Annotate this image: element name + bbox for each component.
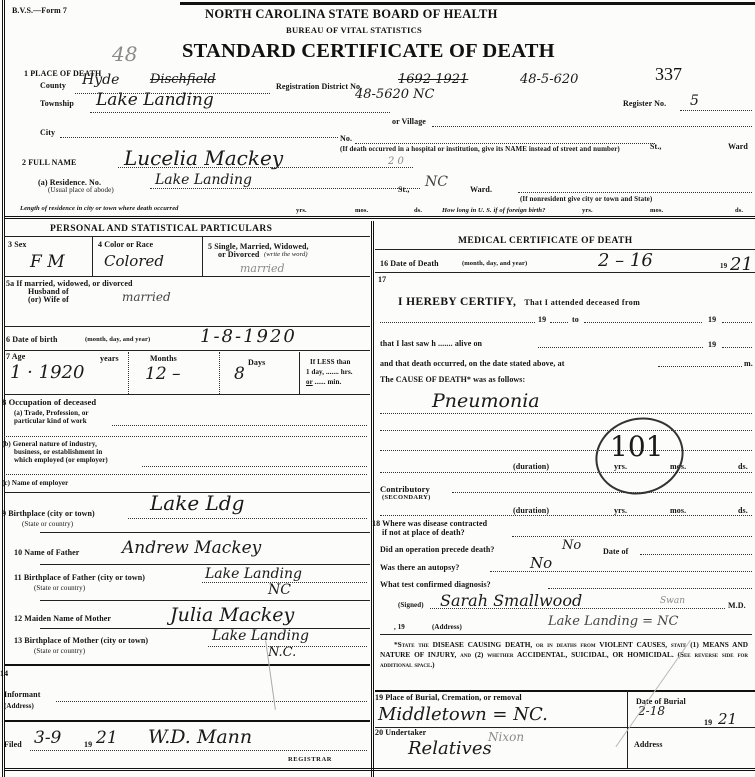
county-value: Hyde — [82, 72, 119, 88]
residence-line — [150, 188, 420, 189]
cause-line-2 — [380, 430, 752, 431]
marital-value: married — [240, 262, 285, 275]
undertaker-line — [375, 727, 755, 728]
dob-hint: (month, day, and year) — [85, 336, 150, 343]
cause-line-1 — [380, 413, 752, 414]
length-yrs: yrs. — [296, 207, 307, 214]
trade-line2 — [4, 436, 367, 437]
registration-district-line2: 48-5620 NC — [355, 87, 434, 102]
marital-label2: or Divorced — [218, 250, 259, 259]
nonresident-line — [518, 192, 752, 193]
length-ds: ds. — [414, 207, 422, 214]
residence-ward-label: Ward. — [470, 185, 492, 194]
father-birthplace-value: Lake Landing — [205, 566, 302, 582]
row-line-14 — [4, 720, 370, 722]
filed-year: 21 — [96, 728, 118, 748]
duration-yrs-2: yrs. — [614, 506, 627, 515]
industry-label2: business, or establishment in — [14, 448, 102, 456]
us-ds: ds. — [735, 207, 743, 214]
less-min-label: or ...... min. — [306, 378, 341, 386]
column-divider — [371, 221, 374, 777]
test-line — [548, 588, 752, 589]
less-than-label: If LESS than — [310, 358, 351, 366]
last-saw-year-line — [722, 347, 752, 348]
registration-district-label: Registration District No. — [276, 82, 362, 91]
birthplace-value: Lake Ldg — [150, 491, 244, 515]
spouse-value: married — [122, 290, 171, 304]
employer-label: (c) Name of employer — [2, 479, 68, 487]
address-label: (Address) — [432, 623, 462, 631]
margin-number: 48 — [112, 42, 137, 66]
undertaker-value: Relatives — [408, 738, 492, 759]
certify-text: I HEREBY CERTIFY, That I attended deceas… — [398, 292, 640, 310]
ward-label: Ward — [728, 142, 748, 151]
cause-value: Pneumonia — [432, 390, 540, 412]
row-line-12 — [40, 628, 370, 629]
duration-ds-2: ds. — [738, 506, 748, 515]
sex-label: 3 Sex — [8, 240, 27, 249]
cause-line-3 — [380, 450, 752, 451]
duration-line-1 — [380, 472, 752, 473]
informant-num: 14 — [0, 669, 8, 678]
burial-top-line — [375, 690, 755, 692]
birthplace-label: 9 Birthplace (city or town) — [2, 509, 95, 518]
mother-birthplace-label: 13 Birthplace of Mother (city or town) — [14, 636, 148, 645]
attended-to-19: 19 — [708, 315, 716, 324]
attended-to-year-line — [722, 322, 752, 323]
years-label: years — [100, 354, 119, 363]
residence-value: Lake Landing — [155, 172, 252, 188]
medical-header-line — [375, 249, 755, 250]
attended-19: 19 — [538, 315, 546, 324]
years-value: 1 · 1920 — [10, 362, 84, 383]
attended-from-line — [380, 322, 535, 323]
marital-hint: (write the word) — [264, 251, 308, 258]
father-birthplace-sublabel: (State or country) — [34, 584, 85, 592]
address-line — [380, 634, 752, 635]
registrar-signature: W.D. Mann — [148, 726, 252, 748]
mother-birthplace-value: Lake Landing — [212, 628, 309, 644]
duration-mos-2: mos. — [670, 506, 686, 515]
undertaker-faint: Nixon — [488, 730, 524, 744]
signed-faint: Swan — [660, 596, 685, 606]
medical-header: MEDICAL CERTIFICATE OF DEATH — [458, 236, 633, 246]
row-line-13 — [4, 664, 370, 666]
township-value: Lake Landing — [96, 90, 214, 110]
age-label: 7 Age — [6, 352, 25, 361]
dod-value: 2 – 16 — [598, 250, 653, 271]
months-value: 12 – — [145, 364, 181, 384]
attended-year-line — [550, 322, 568, 323]
filed-label: Filed — [4, 740, 22, 749]
trade-label: (a) Trade, Profession, or — [14, 409, 89, 417]
signed-label: (Signed) — [398, 601, 424, 609]
md-label: M.D. — [728, 601, 746, 610]
autopsy-line — [490, 571, 752, 572]
informant-label: Informant — [4, 690, 40, 699]
dod-line — [375, 272, 755, 273]
bottom-border — [4, 768, 755, 771]
city-label: City — [40, 128, 55, 137]
us-yrs: yrs. — [582, 207, 593, 214]
informant-sublabel: (Address) — [4, 702, 34, 710]
certificate-number: 337 — [655, 64, 682, 85]
dob-value: 1-8-1920 — [200, 326, 297, 347]
row-line-11 — [40, 600, 370, 601]
industry-line — [142, 466, 367, 467]
dod-hint: (month, day, and year) — [462, 260, 527, 267]
sex-value: F M — [30, 252, 65, 272]
occurred-line — [658, 366, 742, 367]
date-of-line — [640, 554, 752, 555]
top-border — [180, 2, 755, 5]
cause-label: The CAUSE OF DEATH* was as follows: — [380, 375, 525, 384]
secondary-label: (SECONDARY) — [382, 494, 431, 501]
father-birthplace-state: NC — [268, 582, 291, 598]
color-value: Colored — [104, 252, 164, 270]
or-village-label: or Village — [392, 117, 426, 126]
burial-year: 21 — [718, 710, 737, 728]
industry-label: (b) General nature of industry, — [2, 440, 97, 448]
length-of-residence-label: Length of residence in city or town wher… — [20, 205, 179, 212]
months-divider — [219, 352, 220, 394]
row-line-5a — [4, 326, 370, 327]
register-no-value: 5 — [690, 93, 699, 109]
trade-label2: particular kind of work — [14, 417, 87, 425]
birthplace-sublabel: (State or country) — [22, 520, 73, 528]
dod-label: 16 Date of Death — [380, 259, 439, 268]
township-line — [90, 112, 390, 113]
row-line-7 — [4, 394, 370, 395]
row-line-9 — [40, 532, 370, 533]
residence-st-value: NC — [425, 174, 448, 190]
undertaker-label: 20 Undertaker — [375, 728, 426, 737]
mother-birthplace-sublabel: (State or country) — [34, 647, 85, 655]
personal-header: PERSONAL AND STATISTICAL PARTICULARS — [50, 224, 272, 234]
sex-divider — [92, 236, 93, 276]
board-title: NORTH CAROLINA STATE BOARD OF HEALTH — [205, 7, 498, 22]
contracted-label2: if not at place of death? — [382, 528, 465, 537]
less-day-label: 1 day, ....... hrs. — [306, 368, 353, 376]
us-mos: mos. — [650, 207, 663, 214]
mother-name-value: Julia Mackey — [170, 604, 294, 626]
filed-line — [30, 750, 367, 751]
mother-birthplace-state: N.C. — [268, 645, 296, 660]
contributory-line — [452, 492, 752, 493]
county-label: County — [40, 81, 66, 90]
no-line — [355, 143, 655, 144]
last-saw-label: that I last saw h ....... alive on — [380, 339, 482, 348]
burial-19: 19 — [704, 718, 712, 727]
last-saw-line — [538, 347, 703, 348]
contracted-line — [512, 536, 752, 537]
industry-line2 — [4, 474, 367, 475]
st-label: St., — [650, 142, 662, 151]
mother-birthplace-line — [208, 646, 367, 647]
days-label: Days — [248, 358, 265, 367]
burial-value: Middletown = NC. — [378, 704, 548, 725]
attended-to-line — [584, 322, 702, 323]
certificate-title: STANDARD CERTIFICATE OF DEATH — [182, 40, 555, 63]
no-label: No. — [340, 134, 352, 143]
filed-date: 3-9 — [34, 728, 61, 748]
row-line-10 — [40, 564, 370, 565]
registration-district-value: 48-5-620 — [520, 72, 578, 87]
circled-code-value: 101 — [610, 430, 663, 463]
row-line-5 — [4, 276, 370, 277]
autopsy-label: Was there an autopsy? — [380, 563, 460, 572]
operation-value: No — [562, 538, 581, 553]
sig-19: , 19 — [394, 623, 405, 631]
duration-ds-1: ds. — [738, 462, 748, 471]
days-value: 8 — [234, 364, 245, 384]
form-id: B.V.S.—Form 7 — [12, 6, 67, 15]
father-birthplace-label: 11 Birthplace of Father (city or town) — [14, 573, 145, 582]
last-saw-19: 19 — [708, 340, 716, 349]
burial-label: 19 Place of Burial, Cremation, or remova… — [375, 693, 522, 702]
full-name-line — [118, 167, 413, 168]
attended-to: to — [572, 315, 579, 324]
personal-header-line — [4, 236, 370, 237]
city-line — [60, 137, 338, 138]
mother-name-label: 12 Maiden Name of Mother — [14, 614, 111, 623]
section-divider — [4, 216, 755, 219]
father-name-value: Andrew Mackey — [122, 538, 261, 558]
informant-line — [56, 701, 367, 702]
occupation-label: 8 Occupation of deceased — [2, 397, 96, 407]
item-17: 17 — [378, 275, 386, 284]
village-line — [432, 126, 752, 127]
duration-label-2: (duration) — [513, 506, 549, 515]
days-divider — [299, 352, 300, 394]
address2-label: Address — [634, 740, 663, 749]
spouse-label3: (or) Wife of — [28, 295, 69, 304]
father-birthplace-line — [202, 582, 367, 583]
county-struck-value: Dischfield — [150, 72, 216, 87]
register-no-line — [680, 110, 752, 111]
hospital-note: (If death occurred in a hospital or inst… — [340, 145, 620, 153]
township-label: Township — [40, 99, 74, 108]
color-label: 4 Color or Race — [98, 240, 153, 249]
spouse-label: 5a If married, widowed, or divorced — [6, 279, 133, 288]
full-name-label: 2 FULL NAME — [22, 158, 76, 167]
footnote: *State the DISEASE CAUSING DEATH, or in … — [380, 640, 748, 670]
residence-st-label: St., — [398, 185, 410, 194]
father-name-label: 10 Name of Father — [14, 548, 79, 557]
trade-line — [112, 425, 367, 426]
months-label: Months — [150, 354, 177, 363]
signed-line — [430, 608, 725, 609]
bureau-title: BUREAU OF VITAL STATISTICS — [286, 25, 422, 35]
dod-19: 19 — [720, 262, 727, 270]
date-of-label: Date of — [603, 547, 628, 556]
contracted-label: 18 Where was disease contracted — [372, 519, 487, 528]
nonresident-note: (If nonresident give city or town and St… — [520, 195, 652, 203]
registration-district-struck: 1692 1921 — [398, 72, 468, 87]
left-border — [2, 0, 5, 777]
filed-19: 19 — [84, 740, 92, 749]
test-label: What test confirmed diagnosis? — [380, 580, 491, 589]
how-long-label: How long in U. S. if of foreign birth? — [442, 207, 545, 214]
residence-sublabel: (Usual place of abode) — [48, 186, 114, 194]
occurred-m: m. — [744, 359, 753, 368]
occurred-label: and that death occurred, on the date sta… — [380, 359, 564, 368]
register-no-label: Register No. — [623, 99, 666, 108]
contributory-label: Contributory — [380, 484, 430, 494]
length-mos: mos. — [355, 207, 368, 214]
duration-label-1: (duration) — [513, 462, 549, 471]
address-value: Lake Landing = NC — [548, 614, 679, 629]
dob-label: 6 Date of birth — [6, 335, 58, 344]
row-line-6 — [4, 350, 370, 351]
autopsy-value: No — [530, 554, 552, 572]
color-divider — [202, 236, 203, 276]
full-name-faint: 2 0 — [388, 156, 404, 167]
operation-label: Did an operation precede death? — [380, 545, 495, 554]
birthplace-line — [128, 518, 367, 519]
industry-label3: which employed (or employer) — [14, 456, 108, 464]
years-divider — [128, 352, 129, 394]
registrar-label: REGISTRAR — [288, 756, 332, 763]
duration-line-2 — [380, 515, 752, 516]
